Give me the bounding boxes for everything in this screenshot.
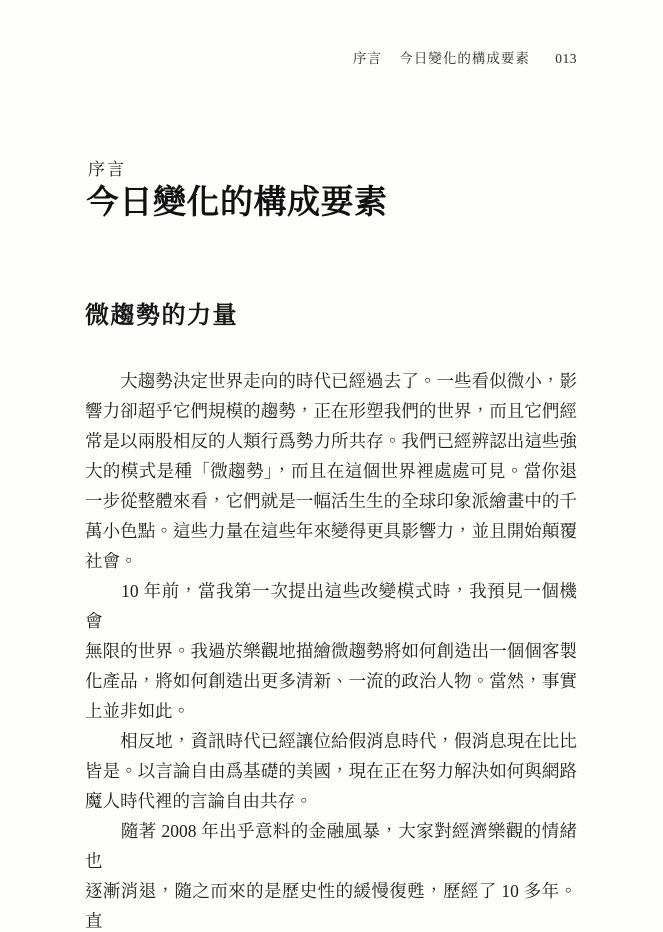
text-line: 魔人時代裡的言論自由共存。 xyxy=(85,786,577,816)
text-line: 相反地，資訊時代已經讓位給假消息時代，假消息現在比比 xyxy=(85,726,577,756)
book-page: 序言 今日變化的構成要素 013 序言 今日變化的構成要素 微趨勢的力量 大趨勢… xyxy=(0,0,663,932)
section-heading: 微趨勢的力量 xyxy=(85,302,238,331)
running-header-section: 序言 xyxy=(353,51,382,66)
text-line: 響力卻超乎它們規模的趨勢，正在形塑我們的世界，而且它們經 xyxy=(85,396,577,426)
chapter-kicker: 序言 xyxy=(88,155,126,180)
text-line: 化產品，將如何創造出更多清新、一流的政治人物。當然，事實 xyxy=(85,666,577,696)
text-line: 常是以兩股相反的人類行爲勢力所共存。我們已經辨認出這些強 xyxy=(85,426,577,456)
chapter-title: 今日變化的構成要素 xyxy=(86,184,388,224)
paragraph: 大趨勢決定世界走向的時代已經過去了。一些看似微小，影 響力卻超乎它們規模的趨勢，… xyxy=(85,366,577,576)
page-number: 013 xyxy=(555,51,577,66)
paragraph: 相反地，資訊時代已經讓位給假消息時代，假消息現在比比 皆是。以言論自由爲基礎的美… xyxy=(85,726,577,816)
paragraph: 10 年前，當我第一次提出這些改變模式時，我預見一個機會 無限的世界。我過於樂觀… xyxy=(85,576,577,726)
text-line: 大趨勢決定世界走向的時代已經過去了。一些看似微小，影 xyxy=(85,366,577,396)
running-header: 序言 今日變化的構成要素 013 xyxy=(353,47,577,67)
text-line: 無限的世界。我過於樂觀地描繪微趨勢將如何創造出一個個客製 xyxy=(85,636,577,666)
text-line: 一步從整體來看，它們就是一幅活生生的全球印象派繪畫中的千 xyxy=(85,486,577,516)
text-line: 萬小色點。這些力量在這些年來變得更具影響力，並且開始顛覆 xyxy=(85,516,577,546)
text-line: 上並非如此。 xyxy=(85,696,577,726)
paragraph: 隨著 2008 年出乎意料的金融風暴，大家對經濟樂觀的情緒也 逐漸消退，隨之而來… xyxy=(85,816,577,932)
text-line: 社會。 xyxy=(85,546,577,576)
text-line: 10 年前，當我第一次提出這些改變模式時，我預見一個機會 xyxy=(85,576,577,636)
body-text: 大趨勢決定世界走向的時代已經過去了。一些看似微小，影 響力卻超乎它們規模的趨勢，… xyxy=(85,366,577,932)
text-line: 隨著 2008 年出乎意料的金融風暴，大家對經濟樂觀的情緒也 xyxy=(85,816,577,876)
text-line: 大的模式是種「微趨勢」，而且在這個世界裡處處可見。當你退 xyxy=(85,456,577,486)
running-header-chapter-title: 今日變化的構成要素 xyxy=(399,51,530,66)
text-line: 逐漸消退，隨之而來的是歷史性的緩慢復甦，歷經了 10 多年。直 xyxy=(85,876,577,932)
text-line: 皆是。以言論自由爲基礎的美國，現在正在努力解決如何與網路 xyxy=(85,756,577,786)
